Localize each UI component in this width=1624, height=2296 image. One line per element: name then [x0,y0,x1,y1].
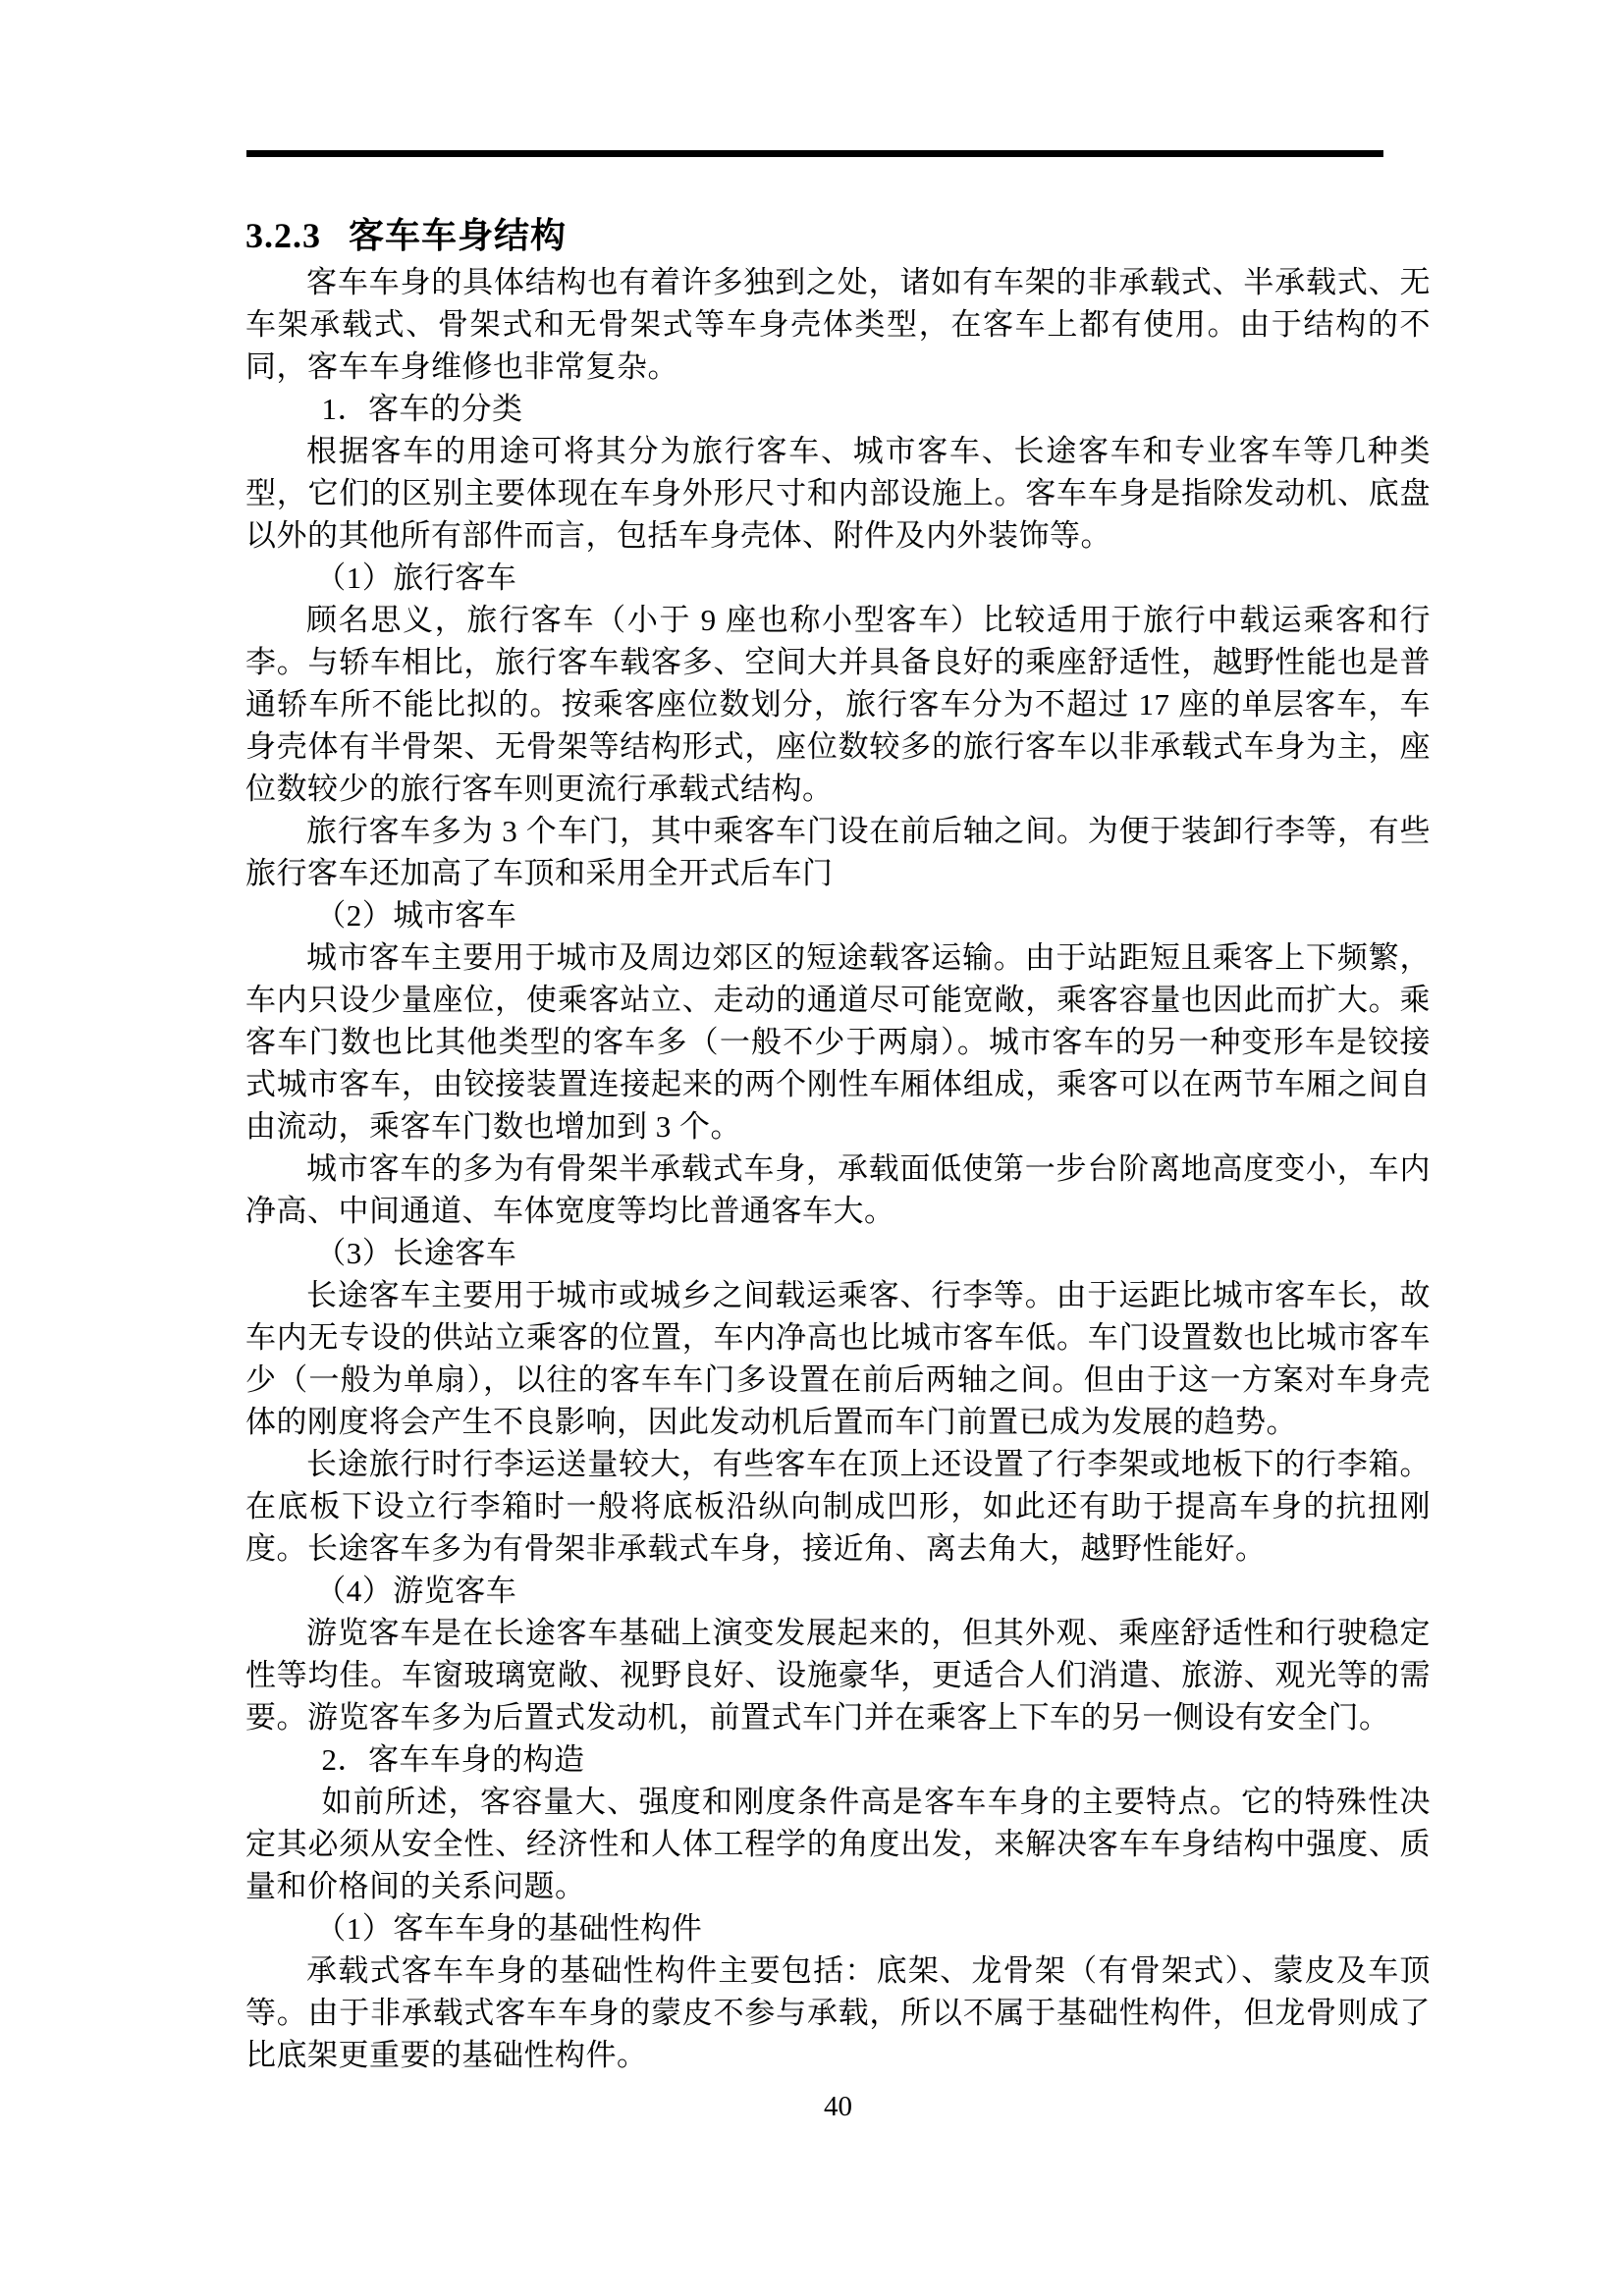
section-heading: 3.2.3客车车身结构 [245,208,567,258]
paragraph-subheading: （3）长途客车 [245,1232,1431,1274]
paragraph: 旅行客车多为 3 个车门，其中乘客车门设在前后轴之间。为便于装卸行李等，有些旅行… [245,810,1431,894]
paragraph-subheading: 1．客车的分类 [245,388,1431,430]
paragraph: 承载式客车车身的基础性构件主要包括：底架、龙骨架（有骨架式）、蒙皮及车顶等。由于… [245,1949,1431,2076]
paragraph: 顾名思义，旅行客车（小于 9 座也称小型客车）比较适用于旅行中载运乘客和行李。与… [245,599,1431,810]
paragraph: 游览客车是在长途客车基础上演变发展起来的，但其外观、乘座舒适性和行驶稳定性等均佳… [245,1612,1431,1738]
section-number: 3.2.3 [245,216,321,255]
paragraph-subheading: 2．客车车身的构造 [245,1738,1431,1781]
section-title: 客车车身结构 [349,216,567,255]
paragraph-subheading: （4）游览客车 [245,1570,1431,1612]
page-number: 40 [245,2091,1431,2123]
paragraph: 城市客车的多为有骨架半承载式车身，承载面低使第一步台阶离地高度变小，车内净高、中… [245,1148,1431,1232]
paragraph: 城市客车主要用于城市及周边郊区的短途载客运输。由于站距短且乘客上下频繁，车内只设… [245,936,1431,1148]
header-rule [246,150,1383,157]
paragraph-subheading: （1）旅行客车 [245,557,1431,599]
paragraph-subheading: （2）城市客车 [245,894,1431,936]
paragraph: 长途旅行时行李运送量较大，有些客车在顶上还设置了行李架或地板下的行李箱。在底板下… [245,1443,1431,1570]
paragraph: 根据客车的用途可将其分为旅行客车、城市客车、长途客车和专业客车等几种类型，它们的… [245,430,1431,557]
paragraph: 如前所述，客容量大、强度和刚度条件高是客车车身的主要特点。它的特殊性决定其必须从… [245,1781,1431,1907]
paragraph: 长途客车主要用于城市或城乡之间载运乘客、行李等。由于运距比城市客车长，故车内无专… [245,1274,1431,1443]
paragraph-subheading: （1）客车车身的基础性构件 [245,1907,1431,1949]
document-body: 客车车身的具体结构也有着许多独到之处，诸如有车架的非承载式、半承载式、无车架承载… [245,261,1431,2076]
document-page: 3.2.3客车车身结构 客车车身的具体结构也有着许多独到之处，诸如有车架的非承载… [0,0,1624,2296]
paragraph: 客车车身的具体结构也有着许多独到之处，诸如有车架的非承载式、半承载式、无车架承载… [245,261,1431,388]
